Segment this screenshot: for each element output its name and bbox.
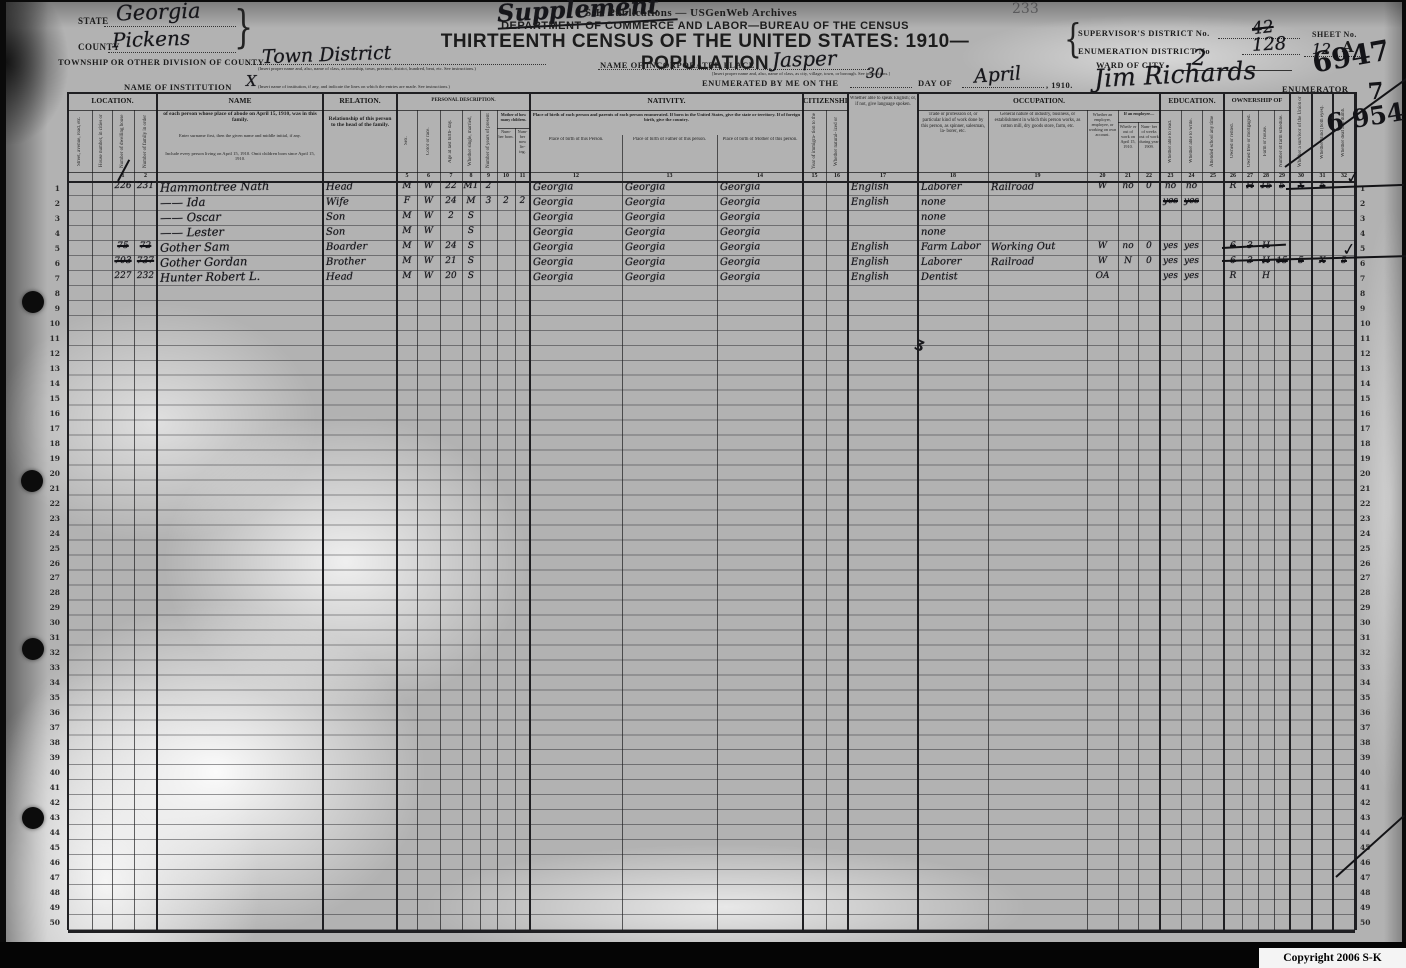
- record-cell-trade: none: [921, 223, 1021, 240]
- column-header-emp: Whether an employer, employee, or workin…: [1088, 112, 1117, 170]
- record-cell-farm: 15: [1258, 179, 1274, 194]
- row-number-left: 43: [44, 813, 60, 828]
- record-cell-emp: W: [1087, 254, 1118, 270]
- record-cell-marital: M: [462, 194, 480, 209]
- record-cell-pobm: Georgia: [720, 268, 836, 285]
- group-header: NATIVITY.: [530, 93, 803, 109]
- record-cell-sex: M: [397, 254, 417, 269]
- record-cell-farm: H: [1258, 269, 1274, 284]
- record-cell-sex: M: [397, 239, 417, 254]
- record-cell-born: 2: [497, 194, 515, 209]
- row-number-left: 3: [44, 214, 60, 229]
- row-number-right: 14: [1360, 379, 1378, 394]
- row-number-left: 10: [44, 319, 60, 334]
- row-number-right: 19: [1360, 454, 1378, 469]
- record-cell-emp: W: [1087, 179, 1118, 195]
- record-cell-family: 232: [134, 269, 157, 284]
- record-cell-color: W: [417, 209, 440, 224]
- hole-punch: [22, 291, 44, 313]
- column-header-born: Num- ber born.: [498, 129, 514, 171]
- record-cell-dwelling: 227: [112, 269, 134, 284]
- row-number-left: 2: [44, 199, 60, 214]
- column-header-color: Color or race.: [418, 112, 439, 170]
- group-header: NAME: [157, 93, 323, 109]
- column-header-write: Whether able to write.: [1182, 112, 1201, 170]
- record-cell-weeks: 0: [1138, 179, 1160, 194]
- census-table: LOCATION.NAMERELATION.PERSONAL DESCRIPTI…: [0, 0, 1406, 968]
- column-header-dwelling: Number of dwelling house in order of vis…: [113, 112, 133, 170]
- group-header: OCCUPATION.: [918, 93, 1160, 109]
- record-cell-emp: OA: [1087, 269, 1118, 285]
- row-number-left: 25: [44, 544, 60, 559]
- column-header-house: House number, in cities or towns.: [93, 112, 111, 170]
- row-number-left: 20: [44, 469, 60, 484]
- record-cell-age: 21: [440, 254, 462, 269]
- row-number-left: 8: [44, 289, 60, 304]
- row-number-left: 17: [44, 424, 60, 439]
- row-number-right: 17: [1360, 424, 1378, 439]
- row-number-right: 28: [1360, 588, 1378, 603]
- column-header-trade: Trade or profession of, or particular ki…: [919, 112, 987, 170]
- record-cell-weeks: 0: [1138, 239, 1160, 254]
- record-cell-out: no: [1118, 179, 1138, 194]
- row-number-left: 15: [44, 394, 60, 409]
- record-cell-weeks: 0: [1138, 254, 1160, 269]
- column-header-pob: Place of birth of this Person.: [531, 137, 621, 170]
- row-number-left: 41: [44, 783, 60, 798]
- record-cell-yrs: 2: [480, 179, 497, 194]
- grid-line-h: [803, 110, 848, 111]
- record-cell-read: yes: [1160, 239, 1181, 254]
- column-number-25: 25: [1202, 173, 1224, 181]
- row-number-right: 40: [1360, 768, 1378, 783]
- record-cell-living: 2: [515, 194, 530, 209]
- record-cell-emp: W: [1087, 239, 1118, 255]
- record-cell-blind: X: [1312, 254, 1333, 269]
- record-cell-family: 72: [134, 239, 157, 254]
- column-header-sched: Number of farm schedule.: [1275, 112, 1289, 170]
- row-number-right: 16: [1360, 409, 1378, 424]
- column-number-10: 10: [497, 173, 515, 181]
- row-number-left: 37: [44, 723, 60, 738]
- column-header-pobf: Place of birth of Father of this person.: [623, 137, 716, 170]
- row-number-left: 32: [44, 648, 60, 663]
- row-number-right: 36: [1360, 708, 1378, 723]
- record-cell-trade: none: [921, 208, 1021, 225]
- record-cell-read: yes: [1160, 269, 1181, 284]
- row-number-right: 42: [1360, 798, 1378, 813]
- row-number-right: 30: [1360, 618, 1378, 633]
- record-cell-farm: H: [1258, 254, 1274, 269]
- row-number-right: 21: [1360, 484, 1378, 499]
- record-cell-vet: 5: [1290, 254, 1312, 269]
- record-cell-sched: 15: [1274, 254, 1290, 269]
- record-cell-age: 20: [440, 269, 462, 284]
- record-cell-color: W: [417, 224, 440, 239]
- record-cell-age: 24: [440, 194, 462, 209]
- row-number-left: 23: [44, 514, 60, 529]
- column-number-11: 11: [515, 173, 530, 181]
- column-header-pobm: Place of birth of Mother of this person.: [718, 137, 802, 170]
- row-number-right: 23: [1360, 514, 1378, 529]
- row-number-left: 5: [44, 244, 60, 259]
- row-number-right: 2: [1360, 199, 1378, 214]
- record-cell-color: W: [417, 179, 440, 194]
- column-header-farm: Farm or house.: [1259, 112, 1273, 170]
- record-cell-free: H: [1242, 179, 1258, 194]
- record-cell-owned: R: [1224, 179, 1242, 194]
- row-number-right: 25: [1360, 544, 1378, 559]
- row-number-left: 27: [44, 573, 60, 588]
- record-cell-write: yes: [1181, 254, 1202, 269]
- record-cell-marital: S: [462, 239, 480, 254]
- record-cell-dwelling: 75: [112, 239, 134, 254]
- record-cell-sex: F: [397, 194, 417, 209]
- row-number-left: 48: [44, 888, 60, 903]
- group-header: PERSONAL DESCRIPTION.: [397, 93, 530, 109]
- record-cell-marital: S: [462, 224, 480, 239]
- row-number-right: 46: [1360, 858, 1378, 873]
- record-cell-read: no: [1160, 179, 1181, 194]
- census-scan-page: { "scan": { "supplement_note": "Suppleme…: [0, 0, 1406, 968]
- row-rules: [68, 181, 1355, 930]
- record-cell-trade: none: [921, 193, 1021, 210]
- row-number-left: 26: [44, 559, 60, 574]
- record-cell-age: 2: [440, 209, 462, 224]
- record-cell-age: 22: [440, 179, 462, 194]
- row-number-right: 38: [1360, 738, 1378, 753]
- row-number-left: 4: [44, 229, 60, 244]
- row-number-left: 49: [44, 903, 60, 918]
- column-header-imm: Year of immigra- tion to the Unit- ed St…: [804, 112, 825, 170]
- column-header-name-note2: Include every person living on April 15,…: [161, 151, 319, 169]
- column-header-english: Whether able to speak English; or, if no…: [849, 96, 917, 170]
- column-header-nat: Whether natural- ized or alien.: [827, 112, 847, 170]
- column-header-street: Street, avenue, road, etc.: [69, 112, 91, 170]
- column-header-living: Num- ber now liv- ing.: [516, 129, 529, 171]
- record-cell-dwelling: 226: [112, 179, 134, 194]
- row-number-left: 46: [44, 858, 60, 873]
- record-cell-sex: M: [397, 179, 417, 194]
- row-number-right: 12: [1360, 349, 1378, 364]
- row-number-right: 4: [1360, 229, 1378, 244]
- row-number-right: 48: [1360, 888, 1378, 903]
- record-cell-family: 737: [134, 254, 157, 269]
- row-number-left: 11: [44, 334, 60, 349]
- row-number-right: 9: [1360, 304, 1378, 319]
- record-cell-marital: S: [462, 254, 480, 269]
- group-header: CITIZENSHIP.: [803, 93, 848, 109]
- record-cell-out: no: [1118, 239, 1138, 254]
- column-header-name-note1: Enter surname first, then the given name…: [161, 133, 319, 149]
- column-header-sex: Sex.: [398, 112, 416, 170]
- row-number-left: 38: [44, 738, 60, 753]
- row-number-left: 24: [44, 529, 60, 544]
- hole-punch: [22, 638, 44, 660]
- row-number-left: 40: [44, 768, 60, 783]
- column-header-read: Whether able to read.: [1161, 112, 1180, 170]
- group-header: LOCATION.: [68, 93, 157, 109]
- row-number-right: 29: [1360, 603, 1378, 618]
- row-number-left: 42: [44, 798, 60, 813]
- row-number-left: 22: [44, 499, 60, 514]
- record-cell-out: N: [1118, 254, 1138, 269]
- column-header-yrs: Number of years of present marriage.: [481, 112, 496, 170]
- grid-line-h: [68, 930, 1355, 933]
- column-header-family: Number of family in order of visitation.: [135, 112, 156, 170]
- mother-children-header: Mother of how many children.: [497, 112, 530, 127]
- record-cell-write: yes: [1181, 194, 1202, 209]
- row-number-right: 37: [1360, 723, 1378, 738]
- column-header-marital: Whether single, married, widowed, or div…: [463, 112, 479, 170]
- row-number-left: 14: [44, 379, 60, 394]
- row-number-left: 36: [44, 708, 60, 723]
- grid-line-h: [68, 92, 1355, 94]
- row-number-right: 33: [1360, 663, 1378, 678]
- column-header-out: Wheth- er out of work on April 15, 1910.: [1119, 124, 1137, 170]
- record-cell-sex: M: [397, 209, 417, 224]
- column-number-street: [68, 173, 92, 181]
- row-number-right: 47: [1360, 873, 1378, 888]
- record-cell-marital: S: [462, 269, 480, 284]
- row-number-left: 29: [44, 603, 60, 618]
- record-cell-sex: M: [397, 224, 417, 239]
- hole-punch: [22, 807, 44, 829]
- row-number-left: 31: [44, 633, 60, 648]
- row-number-left: 16: [44, 409, 60, 424]
- column-header-industry: General nature of industry, business, or…: [989, 112, 1086, 170]
- grid-line-h: [1160, 110, 1224, 111]
- grid-line-h: [1118, 122, 1160, 123]
- row-number-right: 10: [1360, 319, 1378, 334]
- row-number-right: 39: [1360, 753, 1378, 768]
- column-header-weeks: Num- ber of weeks out of work during yea…: [1139, 124, 1159, 170]
- row-number-right: 18: [1360, 439, 1378, 454]
- record-cell-trade: Dentist: [921, 268, 1021, 285]
- row-number-right: 8: [1360, 289, 1378, 304]
- row-number-left: 47: [44, 873, 60, 888]
- record-cell-marital: M1: [462, 179, 480, 194]
- record-cell-write: yes: [1181, 239, 1202, 254]
- row-number-right: 49: [1360, 903, 1378, 918]
- row-number-right: 34: [1360, 678, 1378, 693]
- record-cell-color: W: [417, 254, 440, 269]
- row-number-left: 1: [44, 184, 60, 199]
- record-cell-read: yes: [1160, 254, 1181, 269]
- row-number-right: 27: [1360, 573, 1378, 588]
- record-cell-color: W: [417, 269, 440, 284]
- record-cell-write: no: [1181, 179, 1202, 194]
- row-number-right: 31: [1360, 633, 1378, 648]
- column-header-free: Owned free or mortgaged.: [1243, 112, 1257, 170]
- row-number-left: 9: [44, 304, 60, 319]
- record-cell-sched: 5: [1274, 179, 1290, 194]
- row-number-right: 13: [1360, 364, 1378, 379]
- row-number-right: 35: [1360, 693, 1378, 708]
- grid-line-h: [1224, 110, 1290, 111]
- row-number-right: 11: [1360, 334, 1378, 349]
- row-number-left: 34: [44, 678, 60, 693]
- row-number-right: 7: [1360, 274, 1378, 289]
- record-cell-age: 24: [440, 239, 462, 254]
- record-cell-color: W: [417, 239, 440, 254]
- if-employee-header: If an employee—: [1118, 111, 1160, 121]
- row-number-right: 3: [1360, 214, 1378, 229]
- row-number-right: 22: [1360, 499, 1378, 514]
- row-number-left: 44: [44, 828, 60, 843]
- row-number-left: 28: [44, 588, 60, 603]
- row-number-right: 32: [1360, 648, 1378, 663]
- row-number-right: 20: [1360, 469, 1378, 484]
- record-cell-marital: S: [462, 209, 480, 224]
- column-header-age: Age at last birth- day.: [441, 112, 461, 170]
- check-mark: ✓: [1345, 167, 1362, 189]
- row-number-left: 39: [44, 753, 60, 768]
- row-number-left: 21: [44, 484, 60, 499]
- row-number-left: 18: [44, 439, 60, 454]
- record-cell-dwelling: 703: [112, 254, 134, 269]
- row-number-right: 43: [1360, 813, 1378, 828]
- record-cell-sex: M: [397, 269, 417, 284]
- row-number-left: 7: [44, 274, 60, 289]
- check-mark: ✓: [1341, 239, 1358, 261]
- hole-punch: [21, 470, 43, 492]
- column-header-owned: Owned or rented.: [1225, 112, 1241, 170]
- row-number-left: 30: [44, 618, 60, 633]
- row-number-left: 6: [44, 259, 60, 274]
- row-number-left: 33: [44, 663, 60, 678]
- row-number-right: 15: [1360, 394, 1378, 409]
- group-header: OWNERSHIP OF HOME.: [1224, 93, 1290, 109]
- row-number-left: 45: [44, 843, 60, 858]
- record-cell-color: W: [417, 194, 440, 209]
- row-number-right: 24: [1360, 529, 1378, 544]
- row-number-left: 50: [44, 918, 60, 933]
- row-number-right: 26: [1360, 559, 1378, 574]
- row-number-left: 35: [44, 693, 60, 708]
- column-number-house: [92, 173, 112, 181]
- record-cell-family: 231: [134, 179, 157, 194]
- record-cell-owned: R: [1224, 269, 1242, 284]
- group-header: RELATION.: [323, 93, 397, 109]
- margin-mark: 6947: [1310, 33, 1392, 79]
- record-cell-write: yes: [1181, 269, 1202, 284]
- row-number-right: 50: [1360, 918, 1378, 933]
- column-header-relation: Relationship of this person to the head …: [326, 116, 394, 168]
- nativity-note: Place of birth of each person and parent…: [532, 112, 801, 134]
- row-number-right: 41: [1360, 783, 1378, 798]
- row-number-left: 12: [44, 349, 60, 364]
- row-number-left: 13: [44, 364, 60, 379]
- row-number-right: 6: [1360, 259, 1378, 274]
- group-header: EDUCATION.: [1160, 93, 1224, 109]
- column-header-school: Attended school any time since Sep- temb…: [1203, 112, 1223, 170]
- record-cell-yrs: 3: [480, 194, 497, 209]
- record-cell-read: yes: [1160, 194, 1181, 209]
- row-number-left: 19: [44, 454, 60, 469]
